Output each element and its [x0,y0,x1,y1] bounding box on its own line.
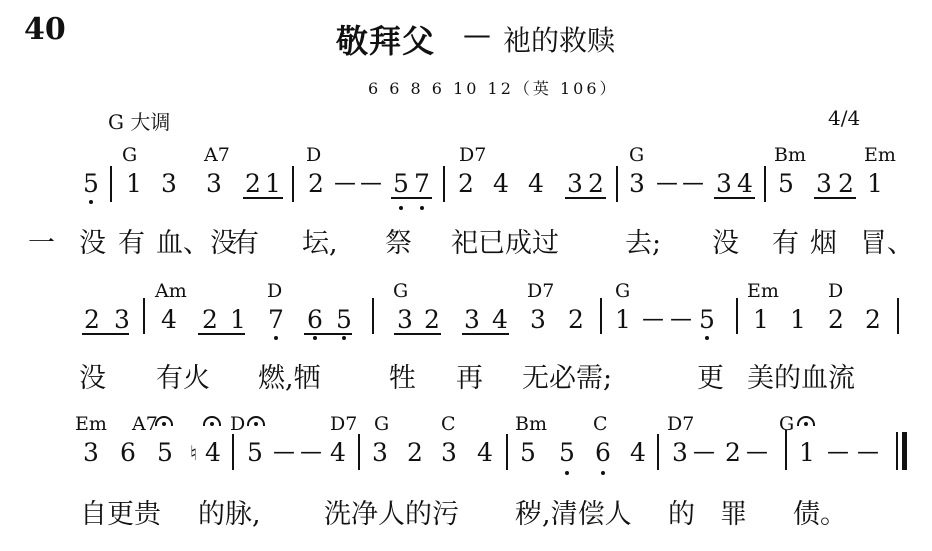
bar-line [232,434,234,470]
lyric: 美的血流 [747,364,855,394]
eighth-beam [394,333,441,335]
note: 7 [412,170,432,198]
note: 1 [865,170,885,198]
note: 4 [159,306,179,334]
note: 3 [370,439,390,467]
chord: D [306,145,321,165]
bar-line [897,298,899,334]
eighth-beam [304,333,352,335]
note: 3 [204,170,224,198]
note: 3 [439,439,459,467]
sustain-dash: — [827,439,847,467]
lyric: 无必需; [522,364,612,394]
note: 2 [82,306,102,334]
note: 2 [863,306,883,334]
note: 2 [456,170,476,198]
lyric: 洗净人的污 [324,500,459,530]
note: 4 [475,439,495,467]
lyric: 没 [79,364,106,394]
note: 5 [81,170,101,198]
note: 2 [405,439,425,467]
eighth-beam [565,197,606,199]
sustain-dash: — [693,439,713,467]
sustain-dash: — [857,439,877,467]
fermata-icon [797,416,815,426]
lyric: 秽,清偿人 [515,500,632,530]
chord: Am [155,281,187,301]
note: 7 [266,306,286,334]
bar-line [292,166,294,202]
note: 2 [836,170,856,198]
chord: G [629,145,644,165]
meter-info: 6 6 8 6 10 12（英 106） [368,76,619,99]
note: 3 [395,306,415,334]
lyric: 冒、 [860,229,914,259]
note: 2 [200,306,220,334]
chord: D7 [459,145,486,165]
chord: Bm [774,145,806,165]
note: 5 [776,170,796,198]
title-main: 敬拜父 [336,16,435,62]
low-octave-dot [601,471,605,475]
bar-line [785,430,787,470]
note: 6 [305,306,325,334]
note: 3 [528,306,548,334]
lyric: 燃,牺 [258,364,321,394]
note: 2 [826,306,846,334]
note: 3 [81,439,101,467]
low-octave-dot [313,336,317,340]
key-signature: G 大调 [108,106,170,135]
final-barline-thick [902,432,907,470]
bar-line [443,166,445,202]
low-octave-dot [705,336,709,340]
lyric: 祭 [385,229,412,259]
lyric: 更 [697,364,724,394]
note: 2 [306,170,326,198]
chord: Em [75,414,107,434]
bar-line [358,434,360,470]
sustain-dash: — [656,170,676,198]
lyric: 债。 [793,500,847,530]
chord: D [230,414,245,434]
lyric: 再 [456,364,483,394]
note: 3 [627,170,647,198]
bar-line [600,298,602,334]
bar-line [616,166,618,202]
note: 3 [714,170,734,198]
note: 4 [491,170,511,198]
note: 5 [334,306,354,334]
lyric: 去; [625,229,661,259]
sustain-dash: — [273,439,293,467]
bar-line [764,166,766,202]
chord: Em [864,145,896,165]
note: 2 [243,170,263,198]
fermata-icon [247,416,265,426]
sustain-dash: — [682,170,702,198]
note: 3 [814,170,834,198]
eighth-beam [82,333,129,335]
lyric: 牲 [389,364,416,394]
note: 3 [670,439,690,467]
chord: Bm [515,414,547,434]
low-octave-dot [89,200,93,204]
lyric: 罪 [720,500,747,530]
hymn-number: 40 [24,12,66,47]
lyric: 血、没 [156,229,237,259]
lyric: 自更贵 [80,500,161,530]
sustain-dash: — [334,170,354,198]
final-barline-thin [896,432,898,470]
low-octave-dot [565,471,569,475]
chord: A7 [132,414,158,434]
note: 5 [697,306,717,334]
note: 3 [565,170,585,198]
note: 4 [735,170,755,198]
note: 2 [422,306,442,334]
eighth-beam [462,333,509,335]
note: 4 [490,306,510,334]
chord: G [122,145,137,165]
bar-line [506,434,508,470]
chord: D7 [527,281,554,301]
chord: C [593,414,608,434]
note: 1 [263,170,283,198]
note: 4 [328,439,348,467]
sustain-dash: — [670,306,690,334]
lyric: 一 [28,229,55,259]
note: 1 [124,170,144,198]
chord: D7 [667,414,694,434]
bar-line [657,434,659,470]
note: 2 [723,439,743,467]
note: 4 [526,170,546,198]
low-octave-dot [342,336,346,340]
bar-line [143,298,145,334]
chord: A7 [204,145,230,165]
note: 3 [112,306,132,334]
lyric: 祀已成过 [451,229,559,259]
lyric: 没 [712,229,739,259]
sustain-dash: — [300,439,320,467]
low-octave-dot [420,206,424,210]
chord: G [615,281,630,301]
note: 1 [751,306,771,334]
lyric: 有 [232,229,259,259]
lyric: 的脉, [198,500,261,530]
chord: C [441,414,456,434]
lyric: 有 [772,229,799,259]
time-signature: 4/4 [828,106,860,130]
lyric: 有火 [156,364,210,394]
note: 6 [118,439,138,467]
chord: Em [747,281,779,301]
sustain-dash: — [746,439,766,467]
fermata-icon [155,416,173,426]
note: 2 [566,306,586,334]
chord: G [374,414,389,434]
note: 1 [228,306,248,334]
title-sub: 祂的救赎 [503,19,615,59]
note: 4 [203,439,223,467]
chord: D7 [330,414,357,434]
eighth-beam [243,197,283,199]
chord: G [393,281,408,301]
note: 6 [593,439,613,467]
fermata-icon [203,416,221,426]
low-octave-dot [399,206,403,210]
note: 5 [391,170,411,198]
note: 3 [159,170,179,198]
note: 5 [245,439,265,467]
sustain-dash: — [360,170,380,198]
lyric: 没 [79,229,106,259]
lyric: 有 [118,229,145,259]
lyric: 烟 [810,229,837,259]
lyric: 的 [668,500,695,530]
note: 1 [788,306,808,334]
sustain-dash: — [642,306,662,334]
chord: D [267,281,282,301]
note: 1 [613,306,633,334]
low-octave-dot [274,336,278,340]
note: 1 [797,439,817,467]
bar-line [736,298,738,334]
note: 5 [557,439,577,467]
eighth-beam [714,197,755,199]
note: 5 [518,439,538,467]
title-dash: — [463,18,491,51]
bar-line [110,166,112,202]
eighth-beam [814,197,856,199]
natural-sign: ♮ [190,441,197,465]
note: 4 [628,439,648,467]
note: 5 [155,439,175,467]
eighth-beam [198,333,245,335]
lyric: 坛, [302,229,338,259]
bar-line [372,298,374,334]
note: 2 [586,170,606,198]
note: 3 [462,306,482,334]
eighth-beam [391,197,432,199]
chord: D [828,281,843,301]
